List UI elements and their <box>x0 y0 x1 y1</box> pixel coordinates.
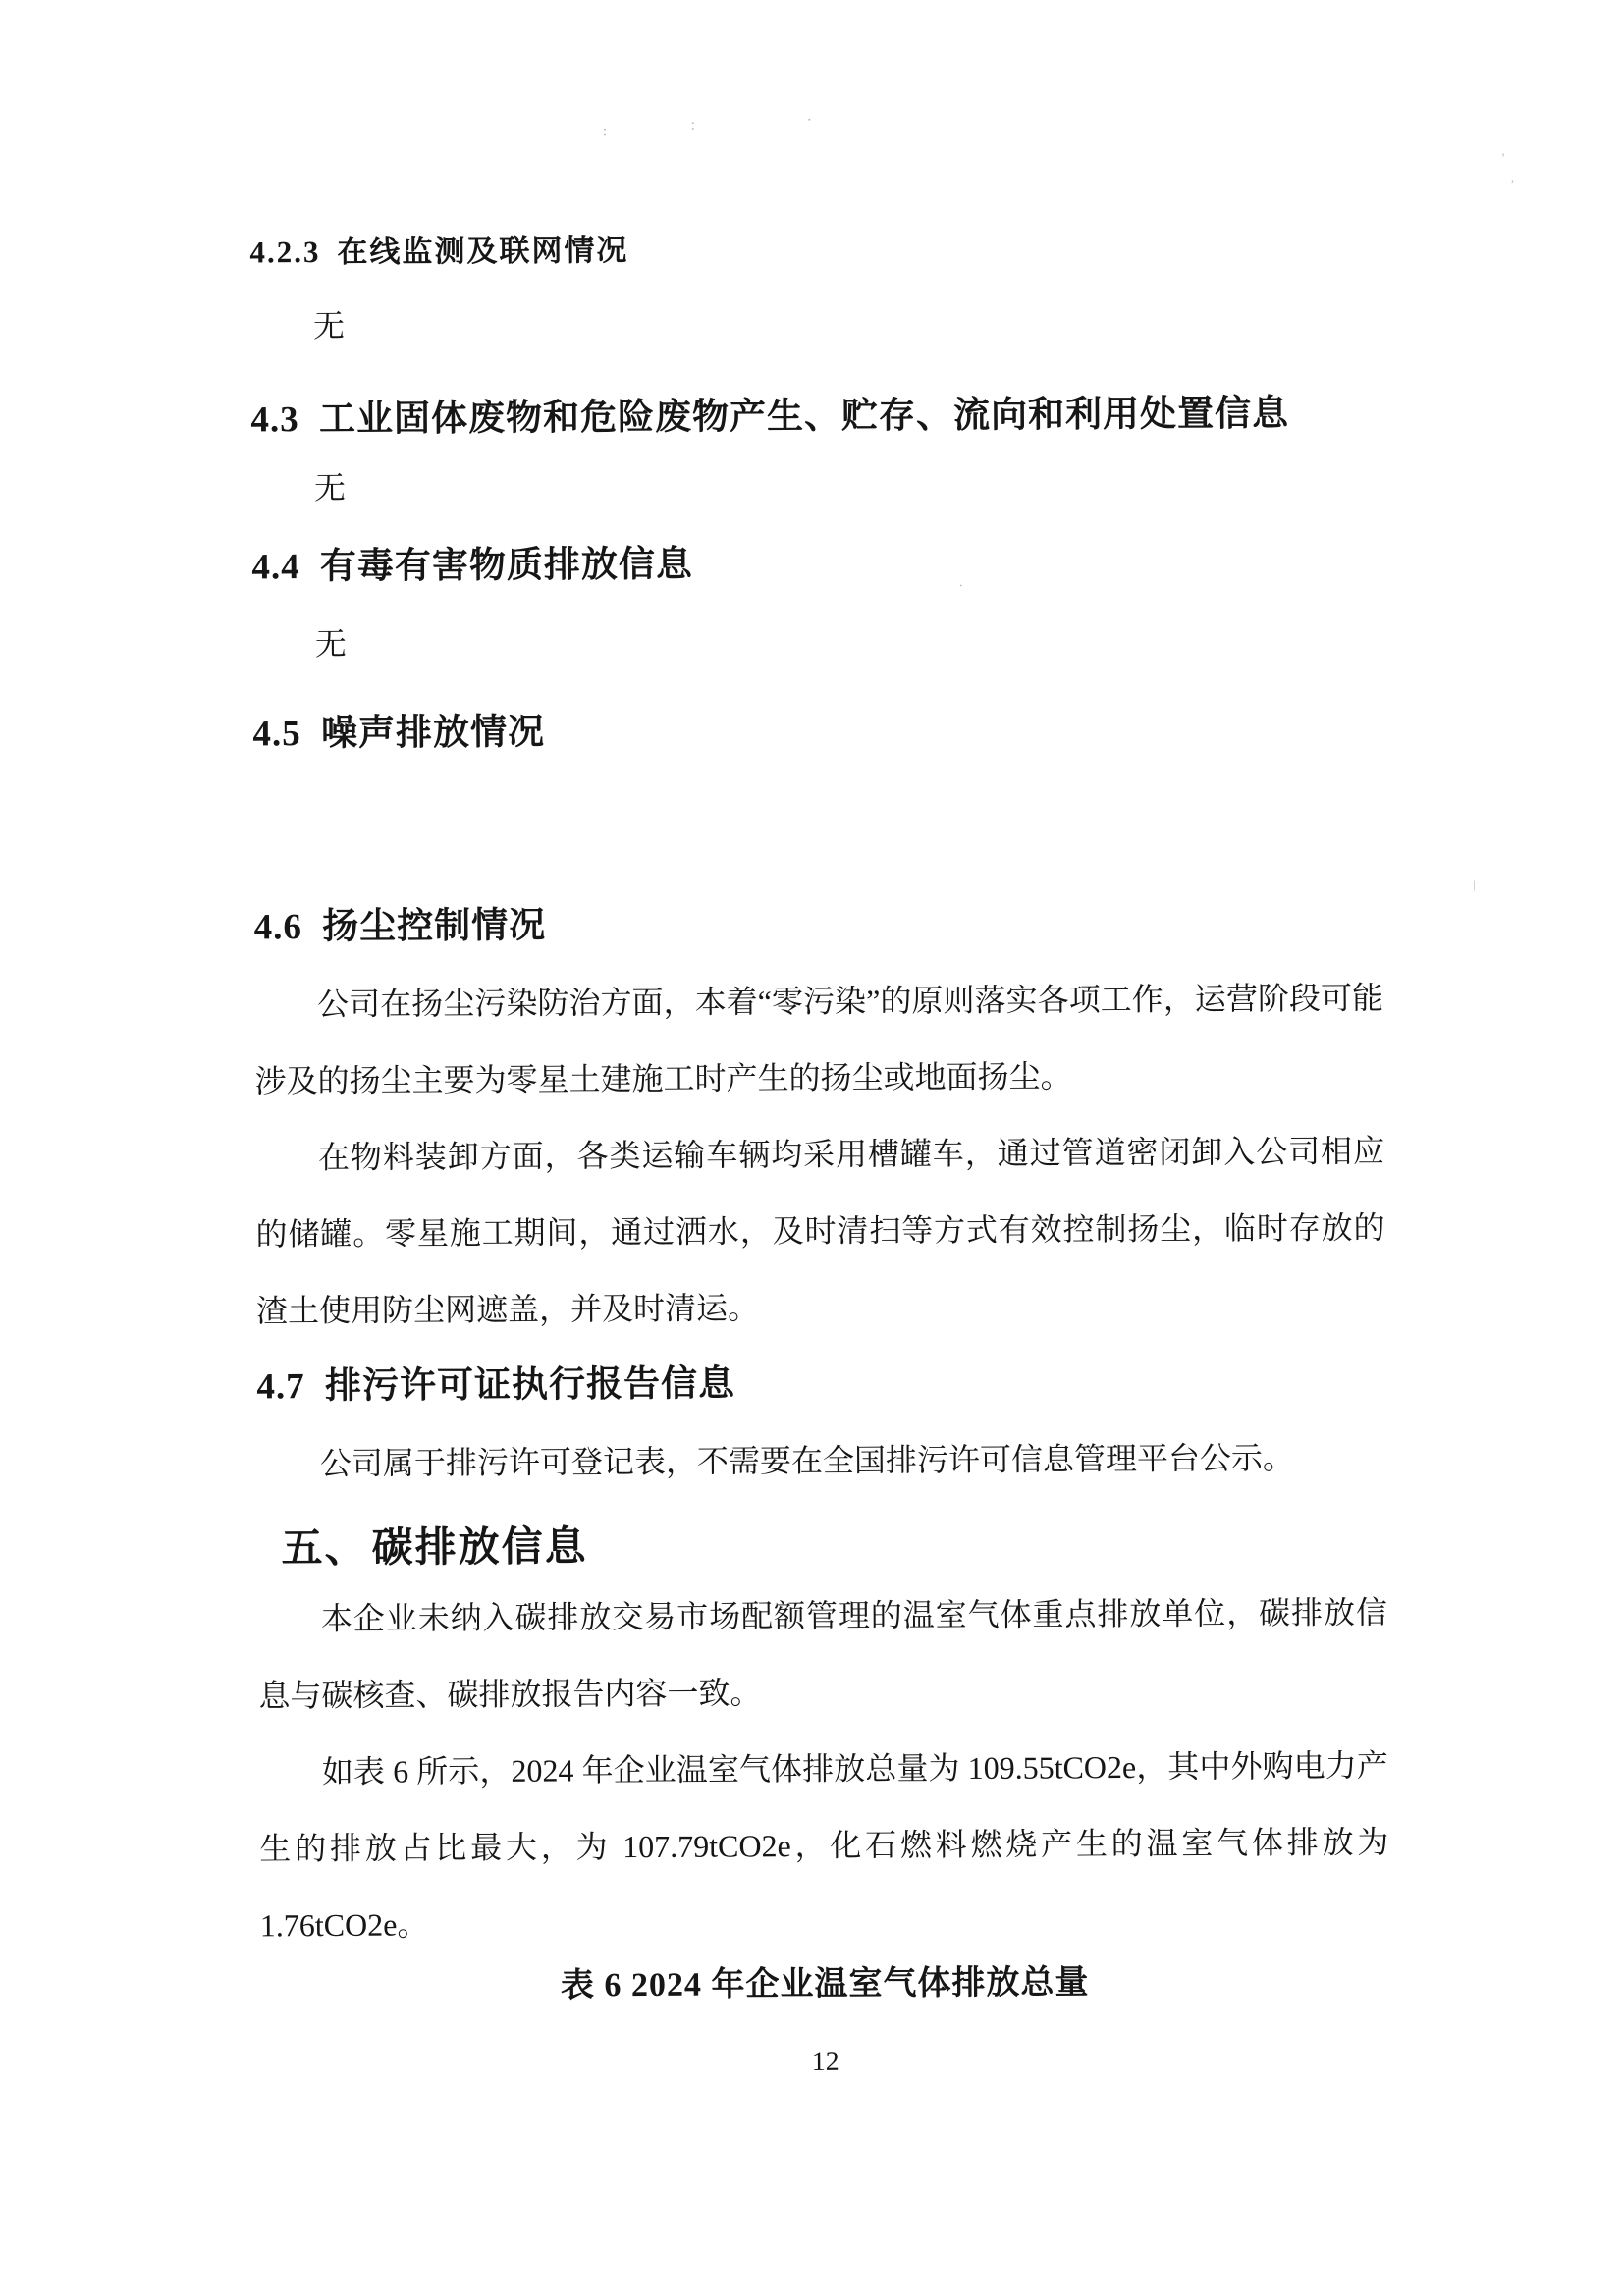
paragraph-carbon-1: 本企业未纳入碳排放交易市场配额管理的温室气体重点排放单位，碳排放信息与碳核查、碳… <box>258 1574 1388 1734</box>
scanned-sheet: 4.2.3在线监测及联网情况 无 4.3工业固体废物和危险废物产生、贮存、流向和… <box>0 0 1623 2296</box>
section-title: 在线监测及联网情况 <box>337 233 628 269</box>
page-number: 12 <box>261 2039 1390 2085</box>
paragraph-carbon-2: 如表 6 所示，2024 年企业温室气体排放总量为 109.55tCO2e，其中… <box>259 1727 1389 1963</box>
section-number: 4.6 <box>253 907 301 947</box>
scan-artifact: · <box>807 113 812 129</box>
paragraph-permit-report: 公司属于排污许可登记表，不需要在全国排污许可信息管理平台公示。 <box>257 1437 1386 1483</box>
section-heading-4-7: 4.7排污许可证执行报告信息 <box>256 1356 1385 1412</box>
section-number: 4.4 <box>251 547 299 587</box>
document-page: 4.2.3在线监测及联网情况 无 4.3工业固体废物和危险废物产生、贮存、流向和… <box>0 0 1623 2296</box>
paragraph-dust-control-1: 公司在扬尘污染防治方面，本着“零污染”的原则落实各项工作，运营阶段可能涉及的扬尘… <box>254 959 1384 1119</box>
table-6-caption: 表 6 2024 年企业温室气体排放总量 <box>260 1958 1389 2010</box>
section-heading-4-3: 4.3工业固体废物和危险废物产生、贮存、流向和利用处置信息 <box>250 389 1380 445</box>
section-title: 噪声排放情况 <box>321 713 545 754</box>
scan-artifact: · <box>958 579 963 595</box>
scan-artifact: ' <box>1502 152 1505 168</box>
section-title: 排污许可证执行报告信息 <box>325 1363 735 1407</box>
section-content-none: 无 <box>252 617 1444 664</box>
scan-artifact: , <box>1511 170 1514 186</box>
section-number: 4.3 <box>250 400 298 440</box>
section-content-none: 无 <box>250 299 1442 346</box>
section-title: 工业固体废物和危险废物产生、贮存、流向和利用处置信息 <box>319 394 1289 440</box>
section-content-none: 无 <box>251 461 1443 507</box>
chapter-heading-5: 五、碳排放信息 <box>281 1515 1410 1576</box>
scan-artifact: : <box>603 124 608 139</box>
section-heading-4-4: 4.4有毒有害物质排放信息 <box>251 536 1380 592</box>
chapter-number: 五、 <box>281 1526 367 1573</box>
section-title: 扬尘控制情况 <box>322 906 546 947</box>
section-number: 4.7 <box>256 1366 304 1407</box>
chapter-title: 碳排放信息 <box>372 1524 588 1571</box>
section-heading-4-6: 4.6扬尘控制情况 <box>253 896 1382 952</box>
scan-artifact: | <box>1473 877 1476 892</box>
section-title: 有毒有害物质排放信息 <box>320 545 693 587</box>
scan-artifact: : <box>691 118 696 133</box>
section-number: 4.5 <box>252 714 300 754</box>
paragraph-dust-control-2: 在物料装卸方面，各类运输车辆均采用槽罐车，通过管道密闭卸入公司相应的储罐。零星施… <box>255 1112 1385 1349</box>
section-heading-4-2-3: 4.2.3在线监测及联网情况 <box>249 224 1379 274</box>
section-number: 4.2.3 <box>249 235 320 269</box>
section-heading-4-5: 4.5噪声排放情况 <box>252 703 1381 759</box>
